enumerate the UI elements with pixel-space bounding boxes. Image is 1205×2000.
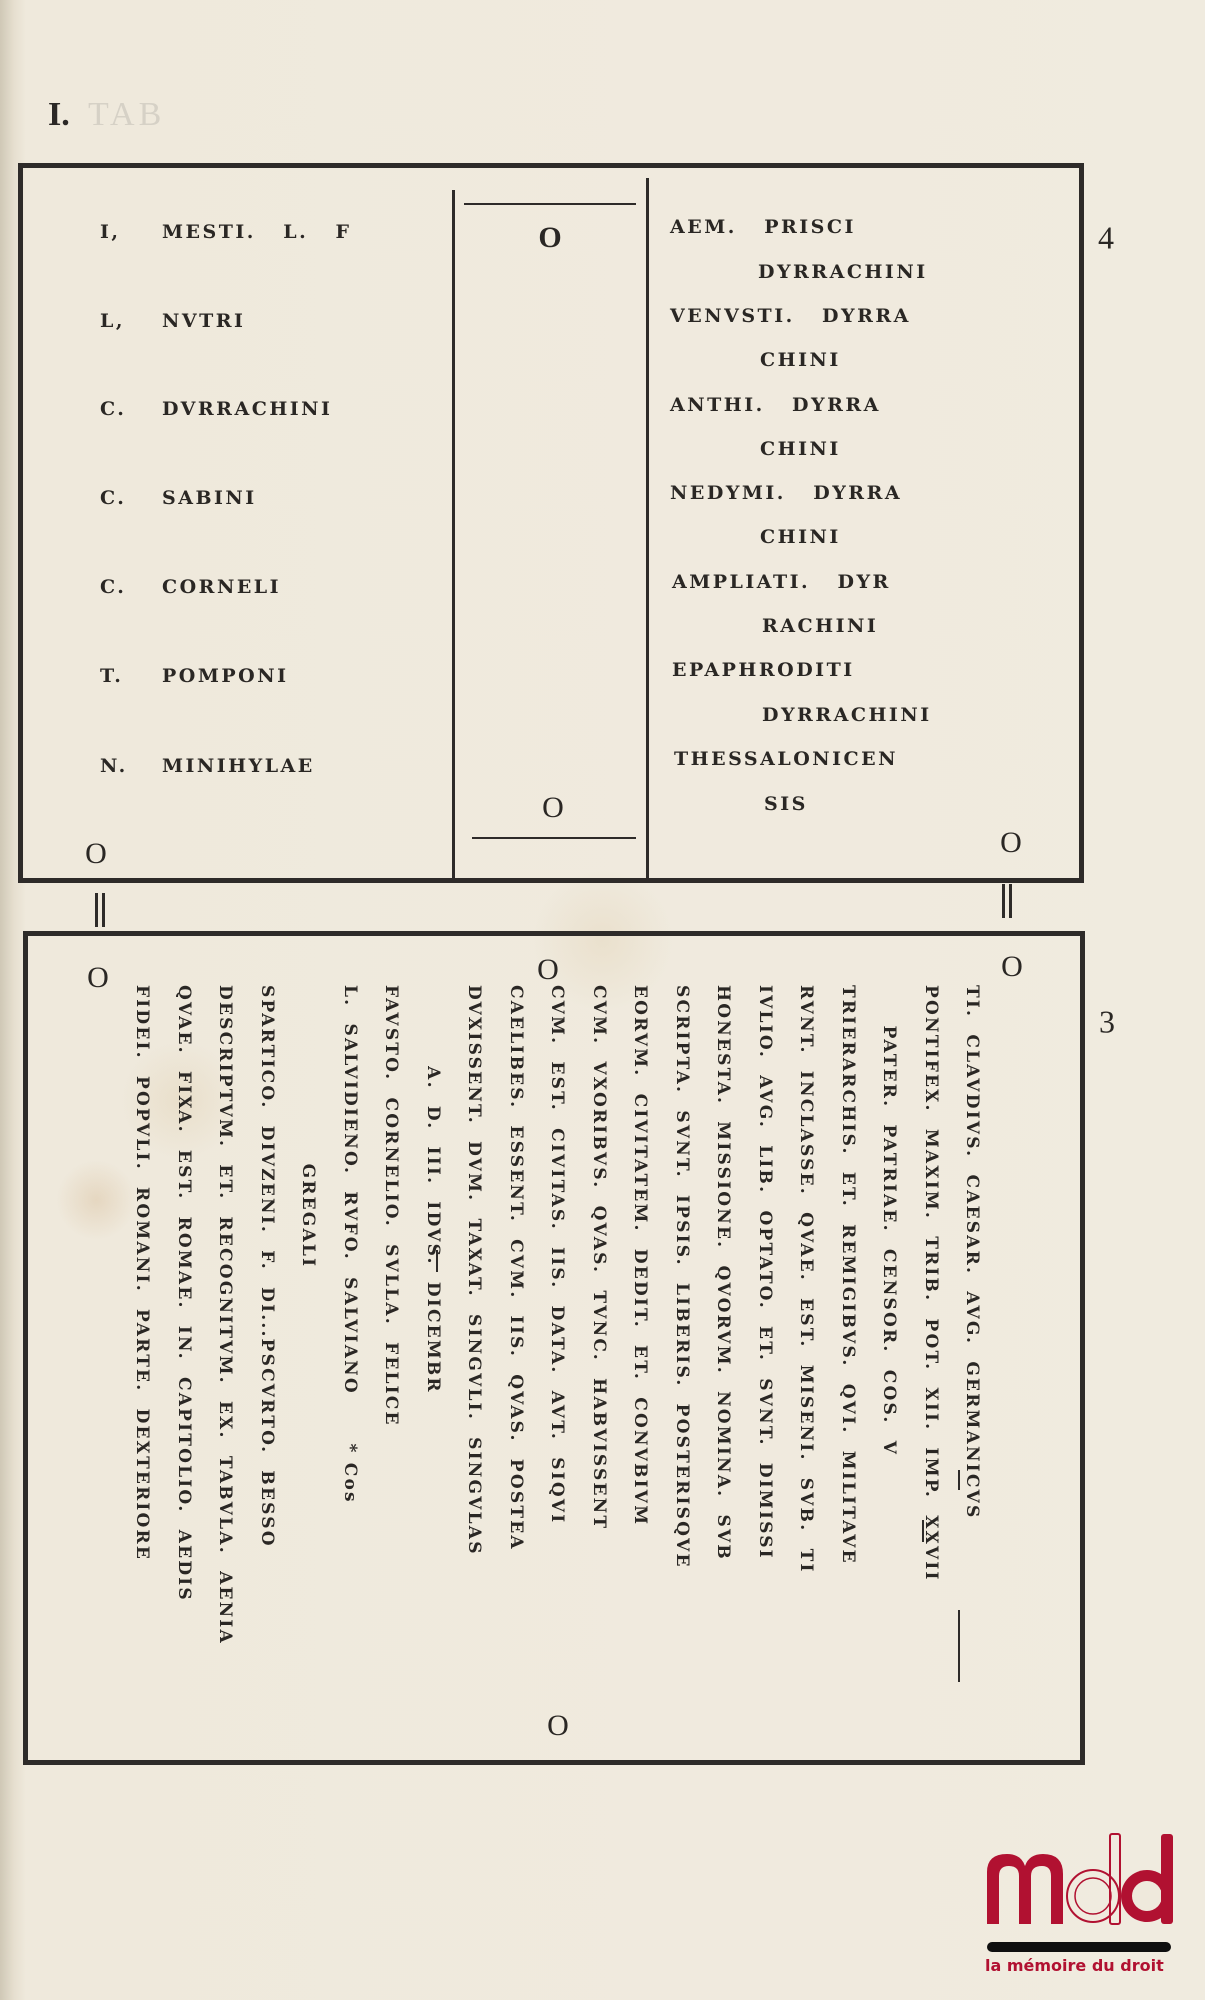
nomen: CORNELI <box>162 576 281 598</box>
cognomen-line: VENVSTI. DYRRA <box>670 305 911 327</box>
cognomen-line: THESSALONICEN <box>674 748 898 770</box>
cognomen-line: CHINI <box>760 438 841 460</box>
numeral-overbar <box>922 1520 924 1542</box>
numeral-overbar <box>436 1250 438 1272</box>
praenomen: C. <box>100 487 162 509</box>
cognomen-line: ANTHI. DYRRA <box>670 394 881 416</box>
witness-row: I, MESTI. L. F <box>100 221 352 243</box>
witness-row: L, NVTRI <box>100 310 245 332</box>
ghost-heading: TAB <box>88 96 165 134</box>
cognomen-line: DYRRACHINI <box>758 261 928 283</box>
witness-row: C. SABINI <box>100 487 257 509</box>
plate-top-rule-bottom <box>472 837 636 839</box>
cognomen-line: CHINI <box>760 349 841 371</box>
praenomen: I, <box>100 221 162 243</box>
inscription-line: PATER. PATRIAE. CENSOR. COS. V <box>869 985 909 1725</box>
cognomen-line: CHINI <box>760 526 841 548</box>
inscription-line: RVNT. INCLASSE. QVAE. EST. MISENI. SVB. … <box>786 985 826 1725</box>
page-number: I. <box>48 96 70 134</box>
inscription-line: EORVM. CIVITATEM. DEDIT. ET. CONVBIVM <box>620 985 660 1725</box>
nomen: POMPONI <box>162 665 288 687</box>
inscription-line: GREGALI <box>288 985 328 1725</box>
inscription-line: SPARTICO. DIVZENI. F. DI...PSCVRTO. BESS… <box>247 985 287 1725</box>
inscription-line: IVLIO. AVG. LIB. OPTATO. ET. SVNT. DIMIS… <box>745 985 785 1725</box>
nomen: DVRRACHINI <box>162 398 332 420</box>
join-marker-left <box>95 893 105 927</box>
inscription-line: DVXISSENT. DVM. TAXAT. SINGVLI. SINGVLAS <box>454 985 494 1725</box>
cognomen-line: DYRRACHINI <box>762 704 932 726</box>
rivet-hole-mark: O <box>537 955 559 985</box>
logo-tagline: la mémoire du droit <box>985 1956 1185 1975</box>
praenomen: L, <box>100 310 162 332</box>
witness-row: C. CORNELI <box>100 576 281 598</box>
inscription-line: QVAE. FIXA. EST. ROMAE. IN. CAPITOLIO. A… <box>164 985 204 1725</box>
plate-top-divider-right <box>646 178 649 880</box>
cognomen-line: NEDYMI. DYRRA <box>670 482 902 504</box>
inscription-line: DESCRIPTVM. ET. RECOGNITVM. EX. TABVLA. … <box>205 985 245 1725</box>
cognomen-line: SIS <box>764 793 808 815</box>
praenomen: N. <box>100 755 162 777</box>
inscription-line: SCRIPTA. SVNT. IPSIS. LIBERIS. POSTERISQ… <box>662 985 702 1725</box>
rivet-hole-mark: O <box>85 839 107 869</box>
witness-row: N. MINIHYLAE <box>100 755 315 777</box>
nomen: MINIHYLAE <box>162 755 315 777</box>
mdd-logo-mark-icon <box>985 1832 1175 1932</box>
inscription-line: FIDEI. POPVLI. ROMANI. PARTE. DEXTERIORE <box>122 985 162 1725</box>
cognomen-line: AEM. PRISCI <box>670 216 856 238</box>
plate-top-divider-left <box>452 190 455 880</box>
witness-row: C. DVRRACHINI <box>100 398 332 420</box>
rivet-hole-mark: O <box>1000 828 1022 858</box>
inscription-line: L. SALVIDIENO. RVFO. SALVIANO * Cos <box>330 985 370 1725</box>
numeral-overbar <box>958 1470 960 1490</box>
rivet-hole-mark: O <box>542 793 564 823</box>
plate-top-rule-top <box>464 203 636 205</box>
rivet-hole-mark: O <box>87 963 109 993</box>
rivet-hole-mark: O <box>1001 952 1023 982</box>
witness-row: T. POMPONI <box>100 665 288 687</box>
inscription-line: HONESTA. MISSIONE. QVORVM. NOMINA. SVB <box>703 985 743 1725</box>
plate-bottom-side-number: 3 <box>1099 1004 1115 1041</box>
mdd-logo: la mémoire du droit <box>985 1832 1177 1972</box>
plate-top-side-number: 4 <box>1098 220 1114 257</box>
inscription-line: CVM. EST. CIVITAS. IIS. DATA. AVT. SIQVI <box>537 985 577 1725</box>
inscription-text: TI. CLAVDIVS. CAESAR. AVG. GERMANICVS PO… <box>120 985 1020 1725</box>
nomen: SABINI <box>162 487 257 509</box>
nomen: MESTI. L. F <box>162 221 352 243</box>
inscription-line: A. D. III. IDVS. DICEMBR <box>413 985 453 1725</box>
inscription-line: PONTIFEX. MAXIM. TRIB. POT. XII. IMP. XX… <box>911 985 951 1725</box>
numeral-overbar <box>958 1610 960 1682</box>
praenomen: T. <box>100 665 162 687</box>
praenomen: C. <box>100 576 162 598</box>
join-marker-right <box>1002 884 1012 918</box>
cognomen-line: AMPLIATI. DYR <box>672 571 891 593</box>
inscription-line: CVM. VXORIBVS. QVAS. TVNC. HABVISSENT <box>579 985 619 1725</box>
rivet-hole-mark: O <box>538 223 561 253</box>
praenomen: C. <box>100 398 162 420</box>
inscription-line: CAELIBES. ESSENT. CVM. IIS. QVAS. POSTEA <box>496 985 536 1725</box>
cognomen-line: EPAPHRODITI <box>672 659 855 681</box>
inscription-line: TRIERARCHIS. ET. REMIGIBVS. QVI. MILITAV… <box>828 985 868 1725</box>
cognomen-line: RACHINI <box>762 615 878 637</box>
inscription-line: FAVSTO. CORNELIO. SVLLA. FELICE <box>371 985 411 1725</box>
logo-bar <box>987 1942 1171 1952</box>
nomen: NVTRI <box>162 310 245 332</box>
